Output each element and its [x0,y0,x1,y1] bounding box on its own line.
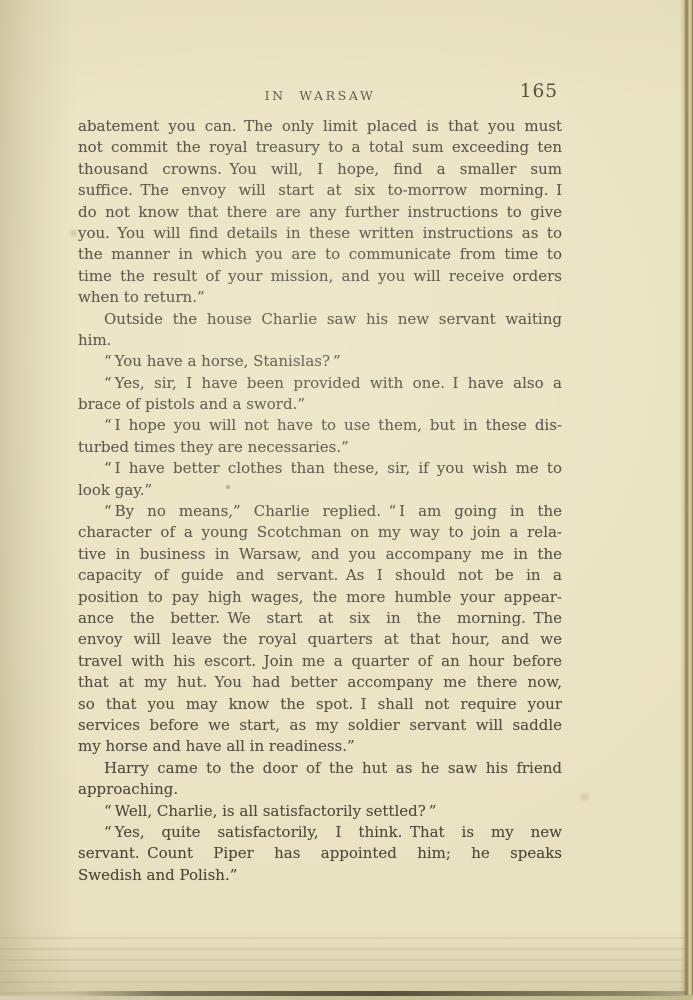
text-line: envoy will leave the royal quarters at t… [78,629,562,650]
paragraph: “ You have a horse, Stanislas? ” [78,351,562,372]
bottom-page-edge-highlight [0,996,693,1000]
text-line: Outside the house Charlie saw his new se… [78,309,562,330]
text-line: position to pay high wages, the more hum… [78,587,562,608]
text-line: thousand crowns. You will, I hope, find … [78,159,562,180]
text-line: “ By no means,” Charlie replied. “ I am … [78,501,562,522]
text-line: time the result of your mission, and you… [78,266,562,287]
paragraph: “ Yes, quite satisfactorily, I think. Th… [78,822,562,886]
text-line: him. [78,330,562,351]
paper-speck [580,793,589,801]
text-line: ance the better. We start at six in the … [78,608,562,629]
text-line: “ I hope you will not have to use them, … [78,415,562,436]
text-line: do not know that there are any further i… [78,202,562,223]
text-line: Swedish and Polish.” [78,865,562,886]
text-line: suffice. The envoy will start at six to-… [78,180,562,201]
text-line: approaching. [78,779,562,800]
paragraph: Outside the house Charlie saw his new se… [78,309,562,352]
right-fore-edge [680,0,693,995]
text-line: when to return.” [78,287,562,308]
text-line: tive in business in Warsaw, and you acco… [78,544,562,565]
text-line: “ Yes, quite satisfactorily, I think. Th… [78,822,562,843]
paragraph: “ Yes, sir, I have been provided with on… [78,373,562,416]
running-title: IN WARSAW [78,88,562,103]
bottom-page-edges [0,928,693,1000]
text-line: the manner in which you are to communica… [78,244,562,265]
paragraph: abatement you can. The only limit placed… [78,116,562,309]
paragraph: Harry came to the door of the hut as he … [78,758,562,801]
scanned-book-page: IN WARSAW 165 abatement you can. The onl… [0,0,693,1000]
page-number: 165 [520,81,558,102]
page-text: abatement you can. The only limit placed… [78,116,562,886]
text-line: servant. Count Piper has appointed him; … [78,843,562,864]
text-line: my horse and have all in readiness.” [78,736,562,757]
text-line: “ I have better clothes than these, sir,… [78,458,562,479]
text-line: “ Yes, sir, I have been provided with on… [78,373,562,394]
text-line: look gay.” [78,480,562,501]
text-line: travel with his escort. Join me a quarte… [78,651,562,672]
paper-speck [70,230,77,237]
text-line: “ You have a horse, Stanislas? ” [78,351,562,372]
text-line: not commit the royal treasury to a total… [78,137,562,158]
paragraph: “ Well, Charlie, is all satisfactorily s… [78,801,562,822]
page-header: IN WARSAW 165 [78,84,562,108]
text-line: capacity of guide and servant. As I shou… [78,565,562,586]
text-line: Harry came to the door of the hut as he … [78,758,562,779]
paragraph: “ I have better clothes than these, sir,… [78,458,562,501]
text-line: character of a young Scotchman on my way… [78,522,562,543]
text-line: so that you may know the spot. I shall n… [78,694,562,715]
paragraph: “ I hope you will not have to use them, … [78,415,562,458]
paragraph: “ By no means,” Charlie replied. “ I am … [78,501,562,758]
text-line: you. You will find details in these writ… [78,223,562,244]
text-line: abatement you can. The only limit placed… [78,116,562,137]
text-line: that at my hut. You had better accompany… [78,672,562,693]
text-line: services before we start, as my soldier … [78,715,562,736]
text-line: “ Well, Charlie, is all satisfactorily s… [78,801,562,822]
text-line: brace of pistols and a sword.” [78,394,562,415]
text-line: turbed times they are necessaries.” [78,437,562,458]
